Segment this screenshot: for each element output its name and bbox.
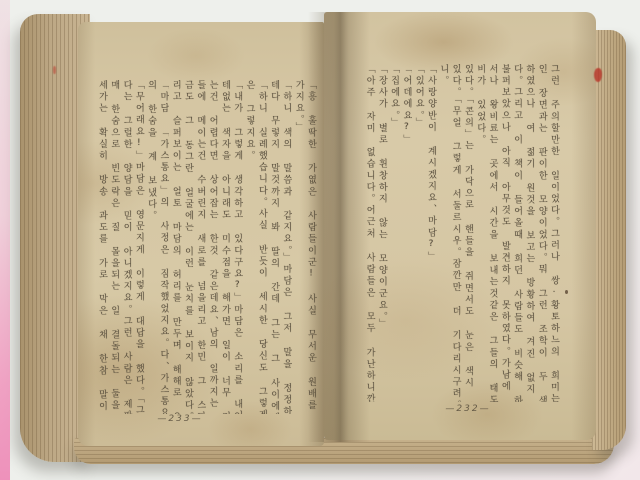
dark-speck [565, 290, 568, 294]
text-column: 「무어래요!」마담은 영문지게 이렇게 대답을 했다。「그런 소리는 둘가렵잖아… [133, 80, 145, 414]
text-column: 「집에요。」 [388, 64, 400, 402]
text-column: 「하니 색의 말씀과 같지요。」마담은 그저 말을 정정하였다。그리고 술잔의 … [280, 80, 292, 414]
red-ink-mark [594, 68, 602, 82]
text-column: 그런 주의할만한 일이었다。그러나 쌍·황토하느의 희미는 마담·프랑후의 피퍼… [548, 64, 560, 402]
text-column: 다는 그럴한 양담을 믿이 아니겠지요。그런 사람은 제판되게 되 [120, 80, 132, 414]
text-column: 매 한숨으로 빈도락은 질 몰을되는 일 결돌되는 둘을 보였다。 [108, 80, 120, 414]
red-ink-speck-left [53, 66, 56, 74]
text-column: 「있어요。」 [412, 64, 424, 402]
right-page: 그런 주의할만한 일이었다。그러나 쌍·황토하느의 희미는 마담·프랑후의 피퍼… [324, 12, 596, 440]
text-column: 불퍼보았으나 아직 아무것도 발견하지 못하였다。가남에 버시고 르믄지 자닌스… [499, 64, 511, 402]
photo-of-open-book: 「흥 홀딱한 가엾은 사람들이군! 사실 무서운 원배를 받고 있으니까──마담… [0, 0, 640, 480]
text-column: 은 그렇지요。 [243, 80, 255, 414]
text-column: 비가 있었다。 [474, 64, 486, 402]
text-column: 서나 왕비료는 곳에서 시간을 보내는것같은 그들의 태도는 데 네가 「참사—… [486, 64, 498, 402]
text-column: 「내가 그렇게 생각하고 있다구요?」마담은 소리를 내어 웃으며 일하겠다。나… [231, 80, 243, 414]
text-column: 「흥 홀딱한 가엾은 사람들이군! 사실 무서운 원배를 받고 있으니까──마담… [305, 80, 317, 414]
left-page: 「흥 홀딱한 가엾은 사람들이군! 사실 무서운 원배를 받고 있으니까──마담… [78, 22, 324, 446]
text-column: 인 장면과는 판이한 모양이었다。뭐 그런 조학이 두 색이 마르다도 들어와서… [535, 64, 547, 402]
text-column: 의 한숨을 계 보냈다。 [145, 80, 157, 414]
scan-edge-pink-stripe [0, 0, 10, 480]
text-column: 있다。「콘의」는 가닥으로 핸들을 쥐면서도 눈은 색시 선대의 세들 처다보고… [462, 64, 474, 402]
text-column: 「어데에요?」 [400, 64, 412, 402]
text-column: 「마담 「가스통요」의 사정은 짐작했었지요。다、가스통요는 홀가분했지!」 [157, 80, 169, 414]
text-column: 들에 메이는건 수버린지 새로를 넘을리고 한민 그 스파이는 이제 확실히 반… [194, 80, 206, 414]
text-column: 「아주 자미 없습니다。어근처 사람들은 모두 가난하니깐。」 [363, 64, 375, 402]
text-column: 테다 무렇지 말것까지 봐 딸의 간데 그는 그 사이에게 집포는 하나 없었다… [268, 80, 280, 414]
text-column: 있다。「무얼 그렇게 서둘르시우。잠깐만 더 기다리시구려。그담 [449, 64, 461, 402]
right-page-edge-stack [592, 30, 626, 450]
open-book: 「흥 홀딱한 가엾은 사람들이군! 사실 무서운 원배를 받고 있으니까──마담… [16, 6, 628, 466]
text-column: 다。그리고 이 책이 들어올때 희던 사람들도 비슷해 하나도 아무 할일도 없… [511, 64, 523, 402]
text-column: 금도 그 동그란 얼굴에는 이런 눈치를 보이지 않았다。희의 한쪽 한길처럼 … [182, 80, 194, 414]
text-column: 「하니 실례했습니다。사실 반듯이 세시한 당신도 그렇게 생각하셨으므로 정책… [256, 80, 268, 414]
left-page-text: 「흥 홀딱한 가엾은 사람들이군! 사실 무서운 원배를 받고 있으니까──마담… [96, 80, 317, 414]
text-column: 하였으나 여 젊기 원것을 보고는 방황하여 겨진 없지 않든 해고 스피이는 … [523, 64, 535, 402]
text-column: 니。 [437, 64, 449, 402]
text-column: 세가는 확실히 방송 과도를 가로 막은 채 한참 말이 없었다。 [96, 80, 108, 414]
text-column: 「장사가 별로 휜창하지 않는 모양이군요。」 [376, 64, 388, 402]
text-column: 는건 어렵다면 상어잡는 한것 같은데요、남의 일까지는 어미 게 생각한 괴물… [206, 80, 218, 414]
right-page-text: 그런 주의할만한 일이었다。그러나 쌍·황토하느의 희미는 마담·프랑후의 피퍼… [363, 64, 560, 402]
text-column: 「사랑양반이 계시겠지요、마담?」 [425, 64, 437, 402]
text-column: 테없는 색자을 아니래도 미수점을 해가면 일이 너무 더디겠지요。우리들이 생… [219, 80, 231, 414]
left-page-number: —233— [130, 414, 230, 424]
text-column: 리고 슬퍼보이는 얼토 마담의 허리를 만두며 해해로 오냑을 마셨다。 [169, 80, 181, 414]
text-column: 가지요。」 [292, 80, 304, 414]
right-page-number: —232— [418, 404, 518, 414]
